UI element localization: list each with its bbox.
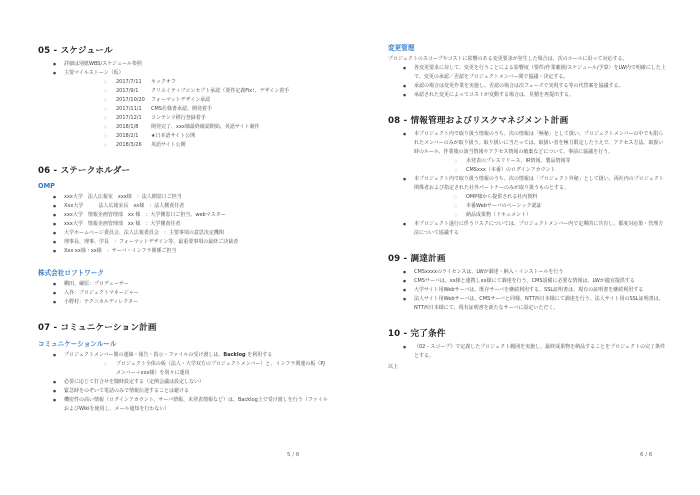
milestones-label: 主要マイルストーン（仮） <box>64 70 124 76</box>
list-item: 法人サイト用Webサーバは、CMSサーバと同様、NTT西日本様にて調達を行う。法… <box>388 295 668 313</box>
subsection-title: コミュニケーションルール <box>38 338 328 348</box>
subsection-title: 変更管理 <box>388 42 668 52</box>
intro-text: プロジェクトのスコープやコストに影響のある変更要求が発生した場合は、次のルールに… <box>388 55 668 64</box>
milestone-list: 2017/7/11キックオフ 2017/9/1クリエイティブコンセプト承認（要件… <box>64 78 328 150</box>
list-item: 《02 - スコープ》で定義したプロジェクト範囲を実施し、最終成果物を納品するこ… <box>388 343 668 361</box>
milestone-date: 2017/7/11 <box>116 78 151 87</box>
milestone-date: 2018/1/8 <box>116 123 151 132</box>
change-management-section: 変更管理 プロジェクトのスコープやコストに影響のある変更要求が発生した場合は、次… <box>388 42 668 100</box>
list-item: xxx大学 情報企画管理部 xx 様 ：大学側窓口ご担当、webマスター <box>38 211 328 220</box>
procurement-section: 09 - 調達計画 CMSxxxxのライセンスは、LWが調達・納入・インストール… <box>388 252 668 313</box>
sub-list-item: OMP様から提供される社内資料 <box>414 193 668 202</box>
group-title: OMP <box>38 182 328 190</box>
text: 本プロジェクト内で取り扱う情報のうち、次の情報は「極秘」として扱い、プロジェクト… <box>414 131 663 155</box>
completion-section: 10 - 完了条件 《02 - スコープ》で定義したプロジェクト範囲を実施し、最… <box>388 327 668 372</box>
milestone-row: 2018/1/8開発完了、xxx様最終確認開始、英語サイト制作 <box>64 123 328 132</box>
group-title: 株式会社ロフトワーク <box>38 267 328 277</box>
list-item: 小野村：テクニカルディレクター <box>38 298 328 307</box>
document-page-5: 05 - スケジュール 詳細は別紙WBS/スケジュール参照 主要マイルストーン（… <box>0 0 350 495</box>
stakeholder-group-loftwork: 株式会社ロフトワーク 棚田、蔵原：プロデューサー 入谷：プロジェクトマネージャー… <box>38 267 328 307</box>
milestone-label: フォーマットデザイン承認 <box>151 97 210 103</box>
list-item: CMSサーバは、xx様と連携しxx様にて調達を行う。CMS設備に必要な情報は、L… <box>388 277 668 286</box>
page-number: 5 / 6 <box>287 452 299 458</box>
section-title-schedule: 05 - スケジュール <box>38 44 328 56</box>
info-risk-section: 08 - 情報管理およびリスクマネジメント計画 本プロジェクト内で取り扱う情報の… <box>388 114 668 238</box>
list-item: 承認の場合は変更作業を実施し、否認の場合は次フェーズで実現する等の代替案を協議す… <box>388 82 668 91</box>
milestone-label: キックオフ <box>151 79 176 85</box>
list-item: 入谷：プロジェクトマネージャー <box>38 289 328 298</box>
milestone-date: 2017/9/1 <box>116 87 151 96</box>
list-item: 本プロジェクト内で取り扱う情報のうち、次の情報は「極秘」として扱い、プロジェクト… <box>388 130 668 175</box>
list-item: 詳細は別紙WBS/スケジュール参照 <box>38 60 328 69</box>
list-item: Xxx xx様・xx様 ：サーバ・インフラ関係ご担当 <box>38 247 328 256</box>
sub-list-item: プロジェクト全体の板（法人・大学双方のプロジェクトメンバー）と、インフラ関連の板… <box>64 360 328 378</box>
section-title-completion: 10 - 完了条件 <box>388 327 668 339</box>
page-number: 6 / 6 <box>640 452 652 458</box>
list-item: 本プロジェクト内で取り扱う情報のうち、次の情報は「プロジェクト外秘」として扱い、… <box>388 175 668 220</box>
milestone-row: 2017/9/1クリエイティブコンセプト承認（要件定義Fix）、デザイン着手 <box>64 87 328 96</box>
list-item: xxx大学 情報企画管理部 xx 様 ：大学側責任者 <box>38 220 328 229</box>
list-item: CMSxxxxのライセンスは、LWが調達・納入・インストールを行う <box>388 268 668 277</box>
milestone-date: 2017/12/1 <box>116 114 151 123</box>
closing-text: 以上 <box>388 363 668 372</box>
list-item: Xxx大学 法人広報室長 xx様 ：法人側責任者 <box>38 202 328 211</box>
milestone-row: 2017/7/11キックオフ <box>64 78 328 87</box>
milestone-row: 2018/2/1★日本語サイト公開 <box>64 132 328 141</box>
list-item: 大学ホームページ委員会、法人広報委員会 ：主要事項の意思決定機関 <box>38 229 328 238</box>
milestone-row: 2017/10/20フォーマットデザイン承認 <box>64 96 328 105</box>
list-item: 必要に応じて打合せを随時設定する（定例会議は設定しない） <box>38 378 328 387</box>
list-item: 各変更要求に対して、変更を行うことによる影響度（要件/作業範囲/スケジュール/予… <box>388 64 668 82</box>
milestone-label: コンテンツ移行登録着手 <box>151 115 206 121</box>
list-item: 理事長、理事、学長 ：フォーマットデザイン等、最重要事項の最終ご決裁者 <box>38 238 328 247</box>
milestone-label: CMS仕様書承認、開発着手 <box>151 106 212 112</box>
list-item: 棚田、蔵原：プロデューサー <box>38 280 328 289</box>
milestone-date: 2017/10/20 <box>116 96 151 105</box>
milestone-label: 英語サイト公開 <box>151 142 186 148</box>
list-item: 機密性の高い情報（ログインアカウント、サーバ情報、未発表情報など）は、Backl… <box>38 396 328 414</box>
backlog-bold: Backlog <box>223 352 245 358</box>
milestone-row: 2017/11/1CMS仕様書承認、開発着手 <box>64 105 328 114</box>
text: 本プロジェクト内で取り扱う情報のうち、次の情報は「プロジェクト外秘」として扱い、… <box>414 176 664 191</box>
list-item: xxx大学 法人広報室 xxx様 ：法人側窓口ご担当 <box>38 193 328 202</box>
milestone-label: クリエイティブコンセプト承認（要件定義Fix）、デザイン着手 <box>151 88 289 94</box>
document-page-6: 変更管理 プロジェクトのスコープやコストに影響のある変更要求が発生した場合は、次… <box>350 0 700 495</box>
list-item: 大学サイト用Webサーバは、既存サーバを継続利用する。SSL証明書は、現有の証明… <box>388 286 668 295</box>
text: プロジェクトメンバー間の連絡・報告・指示・ファイルの受け渡しは、 <box>64 352 223 358</box>
sub-list-item: 納品成果物（ドキュメント） <box>414 211 668 220</box>
sub-list-item: 本番Webサーバのベーシック認証 <box>414 202 668 211</box>
sub-list-item: 未発表のプレスリリース、IR情報、製品情報等 <box>414 157 668 166</box>
text: を利用する <box>246 352 273 358</box>
milestone-date: 2017/11/1 <box>116 105 151 114</box>
list-item: 本プロジェクト遂行に伴うリスクについては、プロジェクトメンバー内で定期的に共有し… <box>388 220 668 238</box>
section-title-procurement: 09 - 調達計画 <box>388 252 668 264</box>
section-title-communication: 07 - コミュニケーション計画 <box>38 321 328 333</box>
list-item: 主要マイルストーン（仮） 2017/7/11キックオフ 2017/9/1クリエイ… <box>38 69 328 150</box>
section-title-info-risk: 08 - 情報管理およびリスクマネジメント計画 <box>388 114 668 126</box>
list-item: 緊急時をのぞいて電話のみで情報伝達することは避ける <box>38 387 328 396</box>
list-item: プロジェクトメンバー間の連絡・報告・指示・ファイルの受け渡しは、Backlog … <box>38 351 328 378</box>
milestone-row: 2017/12/1コンテンツ移行登録着手 <box>64 114 328 123</box>
milestone-date: 2018/3/26 <box>116 141 151 150</box>
sub-list-item: CMSxxx（本番）のログインアカウント <box>414 166 668 175</box>
schedule-section: 05 - スケジュール 詳細は別紙WBS/スケジュール参照 主要マイルストーン（… <box>38 44 328 150</box>
list-item: 承認された変更によってコストが変動する場合は、見積を再提出する。 <box>388 91 668 100</box>
stakeholders-section: 06 - ステークホルダー OMP xxx大学 法人広報室 xxx様 ：法人側窓… <box>38 164 328 307</box>
section-title-stakeholders: 06 - ステークホルダー <box>38 164 328 176</box>
milestone-row: 2018/3/26英語サイト公開 <box>64 141 328 150</box>
stakeholder-group-omp: OMP xxx大学 法人広報室 xxx様 ：法人側窓口ご担当 Xxx大学 法人広… <box>38 182 328 256</box>
milestone-date: 2018/2/1 <box>116 132 151 141</box>
milestone-label: ★日本語サイト公開 <box>151 133 195 139</box>
communication-section: 07 - コミュニケーション計画 コミュニケーションルール プロジェクトメンバー… <box>38 321 328 414</box>
milestone-label: 開発完了、xxx様最終確認開始、英語サイト制作 <box>151 124 260 130</box>
